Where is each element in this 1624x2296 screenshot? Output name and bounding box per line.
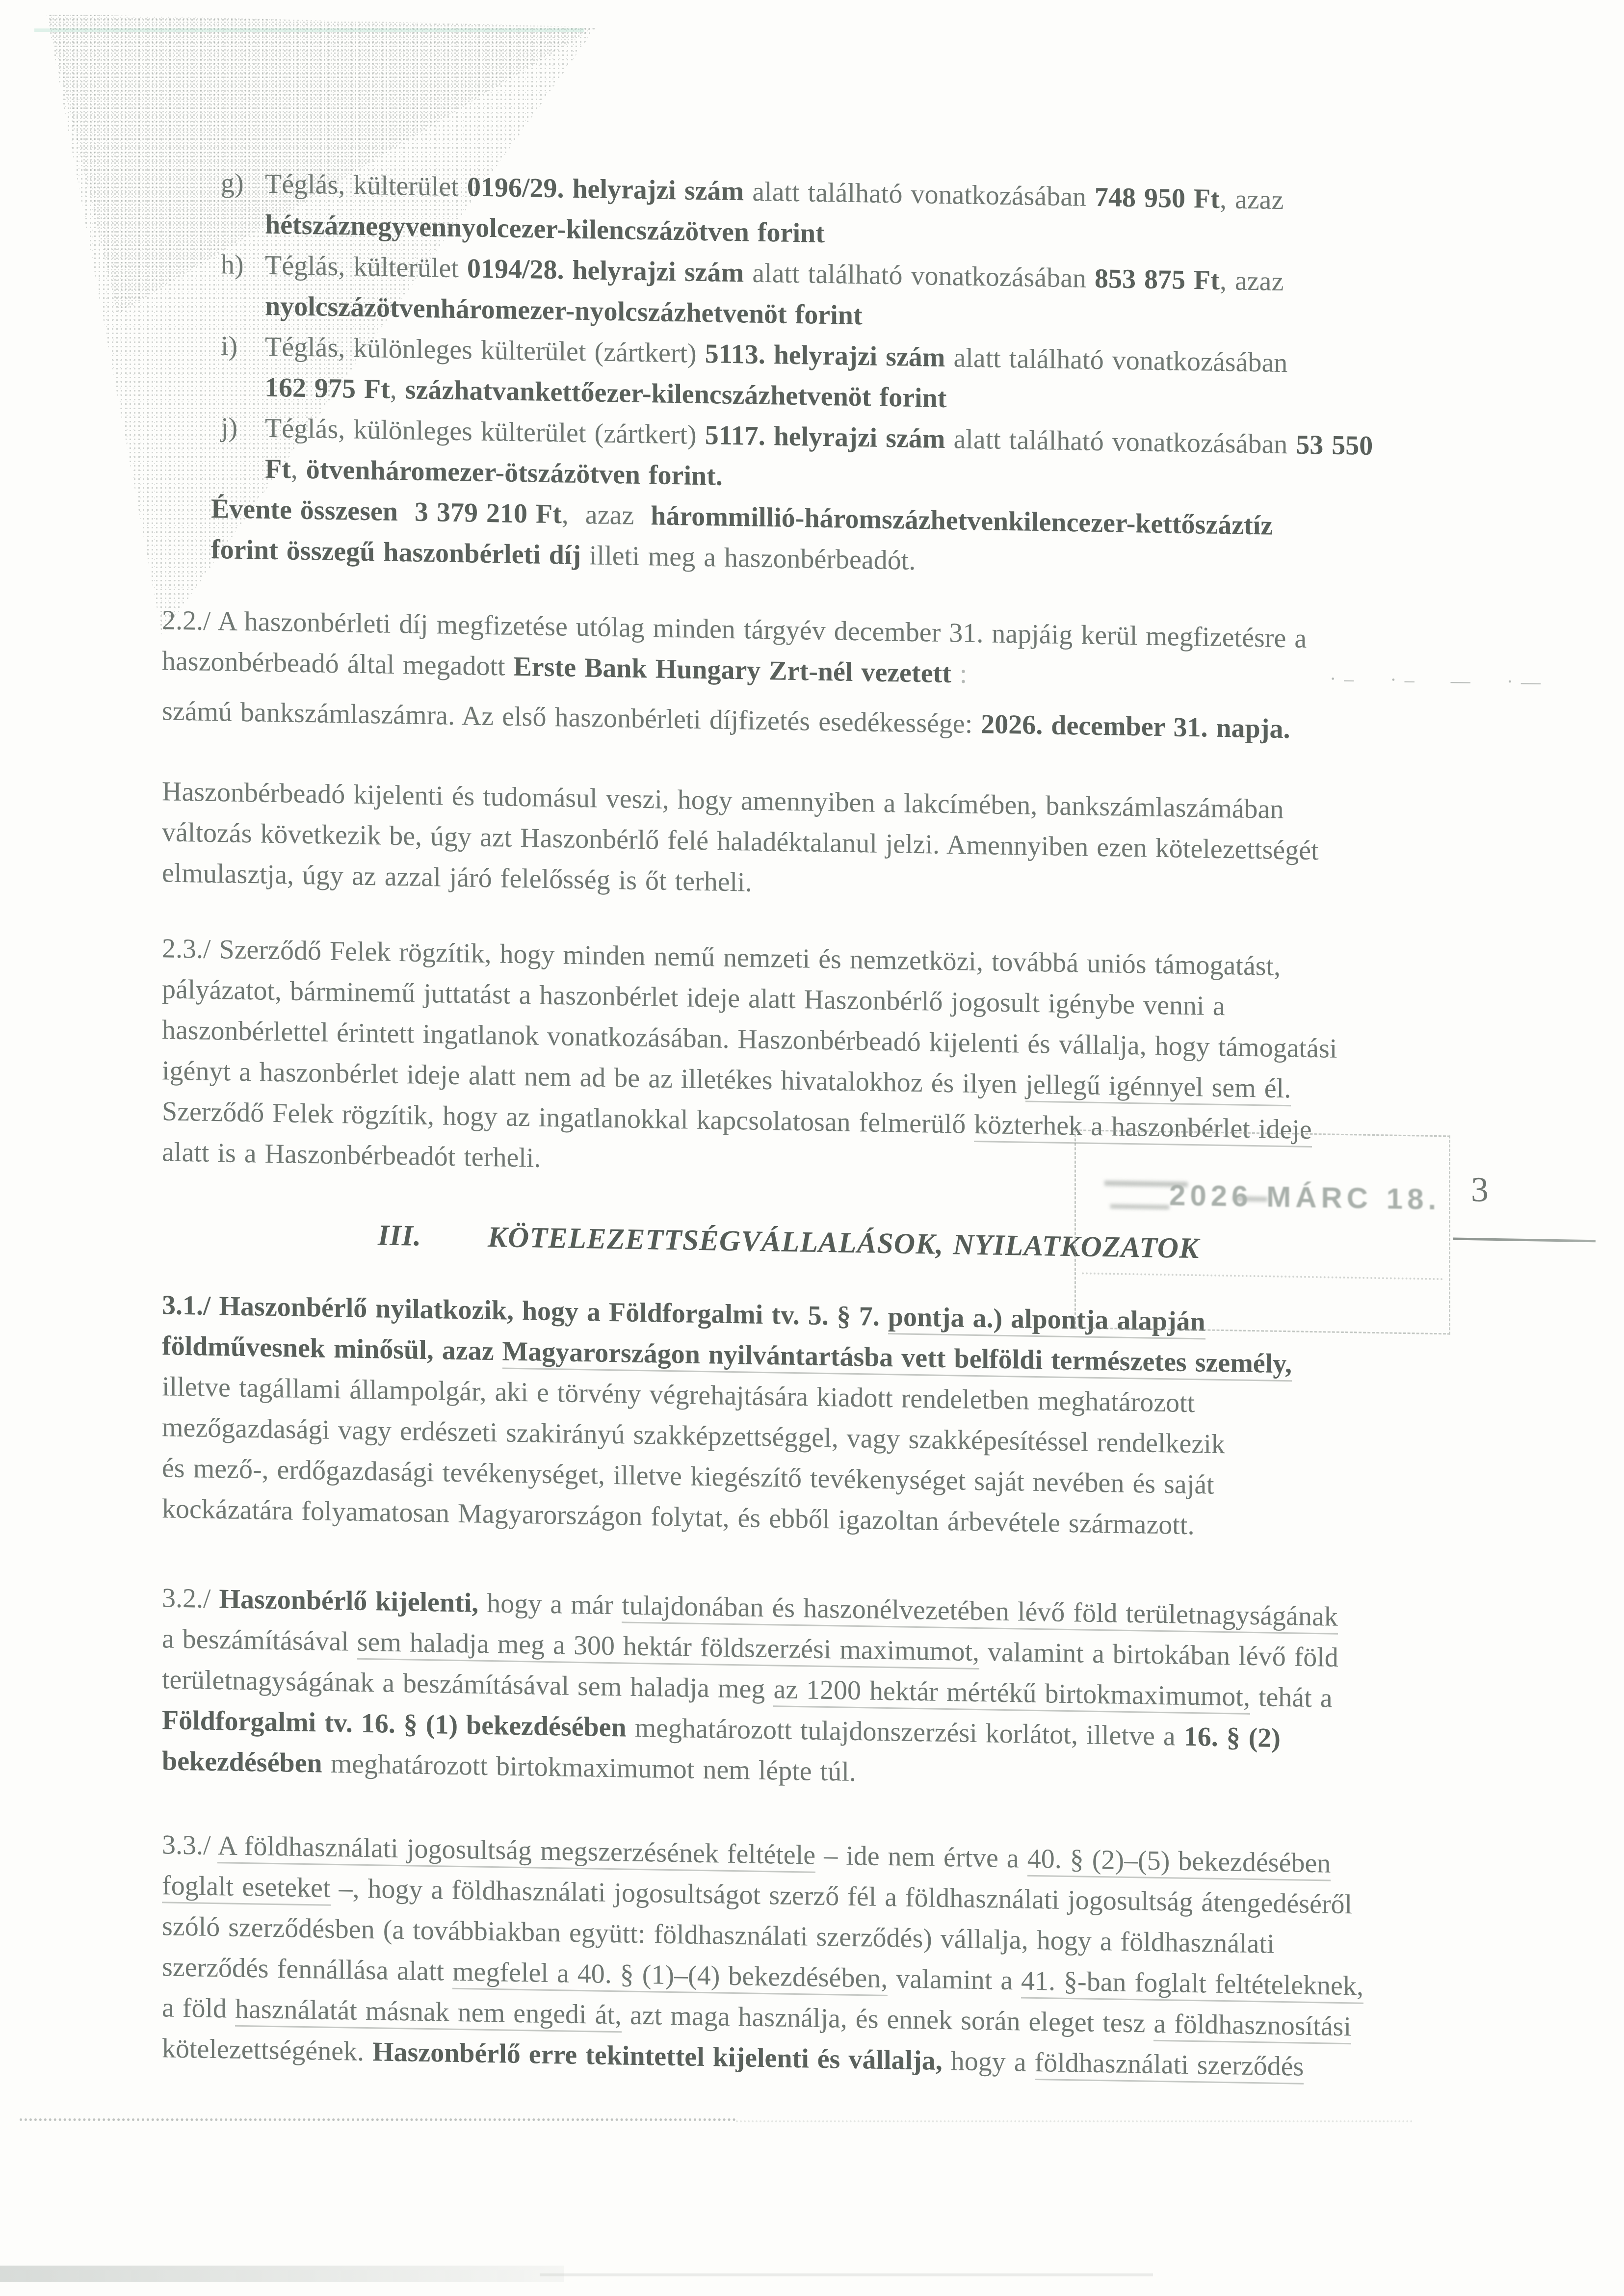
text-run: , azaz bbox=[1220, 265, 1283, 297]
scanned-contract-page: g)Téglás, külterület 0196/29. helyrajzi … bbox=[0, 0, 1624, 2296]
text-run: Téglás, különleges külterület (zártkert) bbox=[265, 332, 705, 369]
text-run: Téglás, külterület bbox=[265, 169, 467, 203]
text-run: haszonbérbeadó által megadott bbox=[162, 646, 514, 682]
text-run: földművesnek minősül, azaz bbox=[162, 1331, 502, 1366]
scan-artifact-dotted-line bbox=[20, 2118, 736, 2121]
text-run: , azaz bbox=[1220, 184, 1283, 215]
text-run: 5113. helyrajzi szám bbox=[705, 339, 945, 373]
stamp-dotted-line bbox=[1082, 1272, 1443, 1280]
para-3-2: 3.2./ Haszonbérlő kijelenti, hogy a már … bbox=[152, 1578, 1477, 1802]
text-run: foglalt eseteket bbox=[162, 1870, 331, 1906]
redacted-account-number-marks: ·– ·– — ·— bbox=[1330, 658, 1548, 703]
text-run: ötvenháromezer-ötszázötven forint. bbox=[306, 454, 723, 492]
text-run: , bbox=[291, 454, 306, 485]
text-run: nyolcszázötvenháromezer-nyolcszázhetvenö… bbox=[265, 291, 863, 331]
text-run: forint összegű haszonbérleti díj bbox=[211, 534, 581, 571]
text-run: 162 975 Ft bbox=[265, 372, 390, 405]
text-run: A földhasználati jogosultság megszerzésé… bbox=[217, 1830, 815, 1873]
text-run: alatt is a Haszonbérbeadót terheli. bbox=[162, 1137, 541, 1173]
text-run: hogy a már bbox=[478, 1588, 622, 1621]
text-run: 3.3./ bbox=[162, 1829, 217, 1861]
text-run: Erste Bank Hungary Zrt-nél vezetett bbox=[514, 652, 951, 689]
text-run: szerződés fennállása alatt bbox=[162, 1952, 452, 1987]
heading-numeral: III. bbox=[378, 1215, 421, 1256]
para-hb: Haszonbérbeadó kijelenti és tudomásul ve… bbox=[152, 771, 1477, 914]
text-run: Szerződő Felek rögzítik, hogy az ingatla… bbox=[162, 1096, 974, 1140]
text-run: számú bankszámlaszámra. Az első haszonbé… bbox=[162, 696, 981, 739]
date-stamp-box: 2026 MÁRC 18. bbox=[1074, 1129, 1450, 1334]
text-run: Téglás, különleges külterület (zártkert) bbox=[265, 413, 705, 450]
text-run: bekezdésében bbox=[162, 1746, 322, 1778]
text-run: 5117. helyrajzi szám bbox=[705, 420, 945, 454]
para-2-2: 2.2./ A haszonbérleti díj megfizetése ut… bbox=[152, 600, 1477, 753]
document-content: g)Téglás, külterület 0196/29. helyrajzi … bbox=[152, 147, 1477, 2090]
text-run: 41. §-ban foglalt feltételeknek, bbox=[1021, 1965, 1363, 2004]
text-run: Haszonbérlő kijelenti, bbox=[219, 1584, 479, 1618]
text-run: a földhasznosítási bbox=[1153, 2009, 1351, 2044]
text-run: hétszáznegyvennyolcezer-kilencszázötven … bbox=[265, 209, 825, 249]
scan-artifact-bottom-band-line bbox=[540, 2273, 1153, 2276]
text-run: Földforgalmi tv. 16. § (1) bekezdésében bbox=[162, 1705, 627, 1743]
text-run: földhasználati szerződés bbox=[1035, 2047, 1304, 2085]
text-run: meghatározott tulajdonszerzési korlátot,… bbox=[627, 1713, 1184, 1752]
text-run: , bbox=[390, 374, 405, 405]
text-run: valamint a bbox=[888, 1963, 1021, 1996]
text-run: valamint a birtokában lévő föld bbox=[979, 1637, 1338, 1673]
text-run: sem haladja meg a 300 hektár földszerzés… bbox=[357, 1627, 979, 1670]
text-run: 0194/28. helyrajzi szám bbox=[467, 253, 744, 288]
text-line: számú bankszámlaszámra. Az első haszonbé… bbox=[152, 691, 1477, 753]
text-run: százhatvankettőezer-kilencszázhetvenöt f… bbox=[405, 374, 947, 414]
text-run: 53 550 bbox=[1296, 429, 1373, 461]
text-run: 2026. december 31. napja. bbox=[981, 709, 1290, 744]
text-run: elmulasztja, úgy az azzal járó felelőssé… bbox=[162, 858, 752, 897]
text-run: illeti meg a haszonbérbeadót. bbox=[581, 540, 916, 576]
text-run: 3 379 210 Ft bbox=[415, 497, 562, 530]
text-run: 853 875 Ft bbox=[1095, 263, 1220, 296]
text-run: 3.2./ bbox=[162, 1583, 219, 1614]
text-run: a föld bbox=[162, 1992, 235, 2024]
text-run: : bbox=[951, 658, 968, 689]
text-run: Ft bbox=[265, 454, 291, 485]
text-run: – ide nem értve a bbox=[815, 1840, 1027, 1874]
text-run: azt maga használja, és ennek során elege… bbox=[622, 2000, 1153, 2038]
text-run: jellegű igénnyel sem él. bbox=[1025, 1070, 1291, 1107]
text-run: Téglás, külterület bbox=[265, 250, 467, 284]
text-run: megfelel a 40. § (1)–(4) bekezdésében, bbox=[452, 1957, 888, 1996]
text-run: az 1200 hektár mértékű birtokmaximumot, bbox=[773, 1674, 1250, 1715]
stamp-smudge bbox=[1110, 1204, 1169, 1209]
scan-artifact-dotted-line-faint bbox=[736, 2120, 1413, 2122]
text-run: kötelezettségének. bbox=[162, 2033, 372, 2067]
text-run: 3.1./ bbox=[162, 1290, 219, 1321]
text-run: meghatározott birtokmaximumot nem lépte … bbox=[322, 1748, 856, 1787]
date-stamp-text: 2026 MÁRC 18. bbox=[1169, 1174, 1441, 1220]
text-run: tehát a bbox=[1250, 1682, 1333, 1714]
text-run: alatt található vonatkozásában bbox=[744, 176, 1095, 212]
text-run: alatt található vonatkozásában bbox=[945, 342, 1287, 378]
text-run: 40. § (2)–(5) bekezdésében bbox=[1027, 1844, 1331, 1881]
text-run: Évente összesen bbox=[211, 494, 415, 527]
text-run: használatát másnak nem engedi át, bbox=[235, 1994, 622, 2033]
text-run: területnagyságának a beszámításával sem … bbox=[162, 1664, 773, 1704]
text-run: Haszonbérlő erre tekintettel kijelenti é… bbox=[372, 2036, 943, 2076]
text-run: a beszámításával bbox=[162, 1623, 357, 1657]
text-run: alatt található vonatkozásában bbox=[744, 258, 1095, 293]
text-run: 748 950 Ft bbox=[1095, 182, 1220, 214]
page-number: 3 bbox=[1471, 1169, 1489, 1210]
text-run: , azaz bbox=[562, 499, 651, 531]
text-run: hárommillió-háromszázhetvenkilencezer-ke… bbox=[651, 500, 1273, 541]
text-run: Haszonbérlő nyilatkozik, hogy a Földforg… bbox=[219, 1291, 888, 1332]
text-run: alatt található vonatkozásában bbox=[945, 424, 1296, 460]
text-run: 0196/29. helyrajzi szám bbox=[467, 172, 744, 207]
document-flow: g)Téglás, külterület 0196/29. helyrajzi … bbox=[152, 162, 1477, 2090]
scan-artifact-mint-line bbox=[34, 28, 584, 32]
para-3-3: 3.3./ A földhasználati jogosultság megsz… bbox=[152, 1825, 1477, 2090]
text-run: 16. § (2) bbox=[1184, 1722, 1281, 1753]
text-run: hogy a bbox=[943, 2046, 1035, 2078]
scan-artifact-bottom-band bbox=[0, 2266, 564, 2282]
